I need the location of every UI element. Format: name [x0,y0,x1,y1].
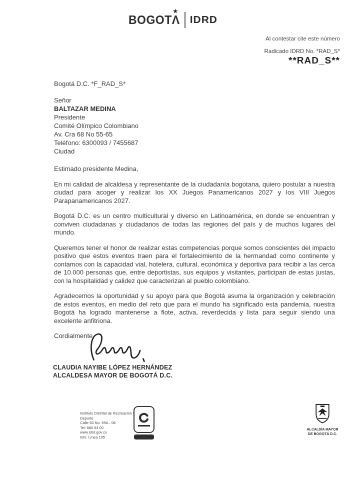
bogota-logo-a: Λ [172,13,180,26]
radicado-block: Al contestar cite este número Radicado I… [264,36,340,67]
signature-icon [84,330,154,366]
letterhead: BOGOTΛ★ IDRD [0,12,353,28]
radicado-label: Radicado IDRD No. *RAD_S* [264,49,340,55]
bogota-logo: BOGOTΛ★ [128,13,179,27]
recipient-role: Presidente [54,113,139,122]
signer-name: CLAUDIA NAYIBE LÓPEZ HERNÁNDEZ [53,364,173,372]
coat-of-arms-icon [314,402,331,424]
logo-divider [184,12,185,28]
paragraph: Bogotá D.C. es un centro multicultural y… [54,212,335,237]
idrd-logo: IDRD [190,14,218,26]
letter-page: BOGOTΛ★ IDRD Al contestar cite este núme… [0,0,360,501]
signer-title: ALCALDESA MAYOR DE BOGOTÁ D.C. [53,372,173,380]
recipient-address: Av. Cra 68 No 55-65 [54,130,139,139]
certification-swirl-icon [139,413,150,424]
date-line: Bogotá D.C. *F_RAD_S* [54,80,126,88]
paragraph: Queremos tener el honor de realizar esta… [54,244,335,285]
certification-badge-icon [133,406,155,440]
paragraph: En mi calidad de alcaldesa y representan… [54,180,335,205]
coat-caption-line2: DE BOGOTÁ D.C. [300,432,345,436]
recipient-phone: Teléfono: 6300093 / 7455687 [54,139,139,148]
radicado-note: Al contestar cite este número [264,36,340,42]
greeting: Estimado presidente Medina, [54,165,335,173]
bogota-logo-text: BOGOT [128,13,171,27]
recipient-city: Ciudad [54,147,139,156]
footer-institute-info: Instituto Distrital de Recreación y Depo… [80,411,135,440]
recipient-name: BALTAZAR MEDINA [54,105,139,114]
recipient-title: Señor [54,96,139,105]
bogota-coat-of-arms: ALCALDÍA MAYOR DE BOGOTÁ D.C. [300,402,345,437]
letter-body: Estimado presidente Medina, En mi calida… [54,165,335,340]
signer-block: CLAUDIA NAYIBE LÓPEZ HERNÁNDEZ ALCALDESA… [53,364,173,380]
recipient-organization: Comité Olímpico Colombiano [54,122,139,131]
paragraph: Agradecemos la oportunidad y su apoyo pa… [54,292,335,325]
footer-line: Info: Línea 195 [80,435,135,440]
star-icon: ★ [173,8,178,15]
radicado-number: **RAD_S** [264,56,340,67]
recipient-block: Señor BALTAZAR MEDINA Presidente Comité … [54,96,139,156]
